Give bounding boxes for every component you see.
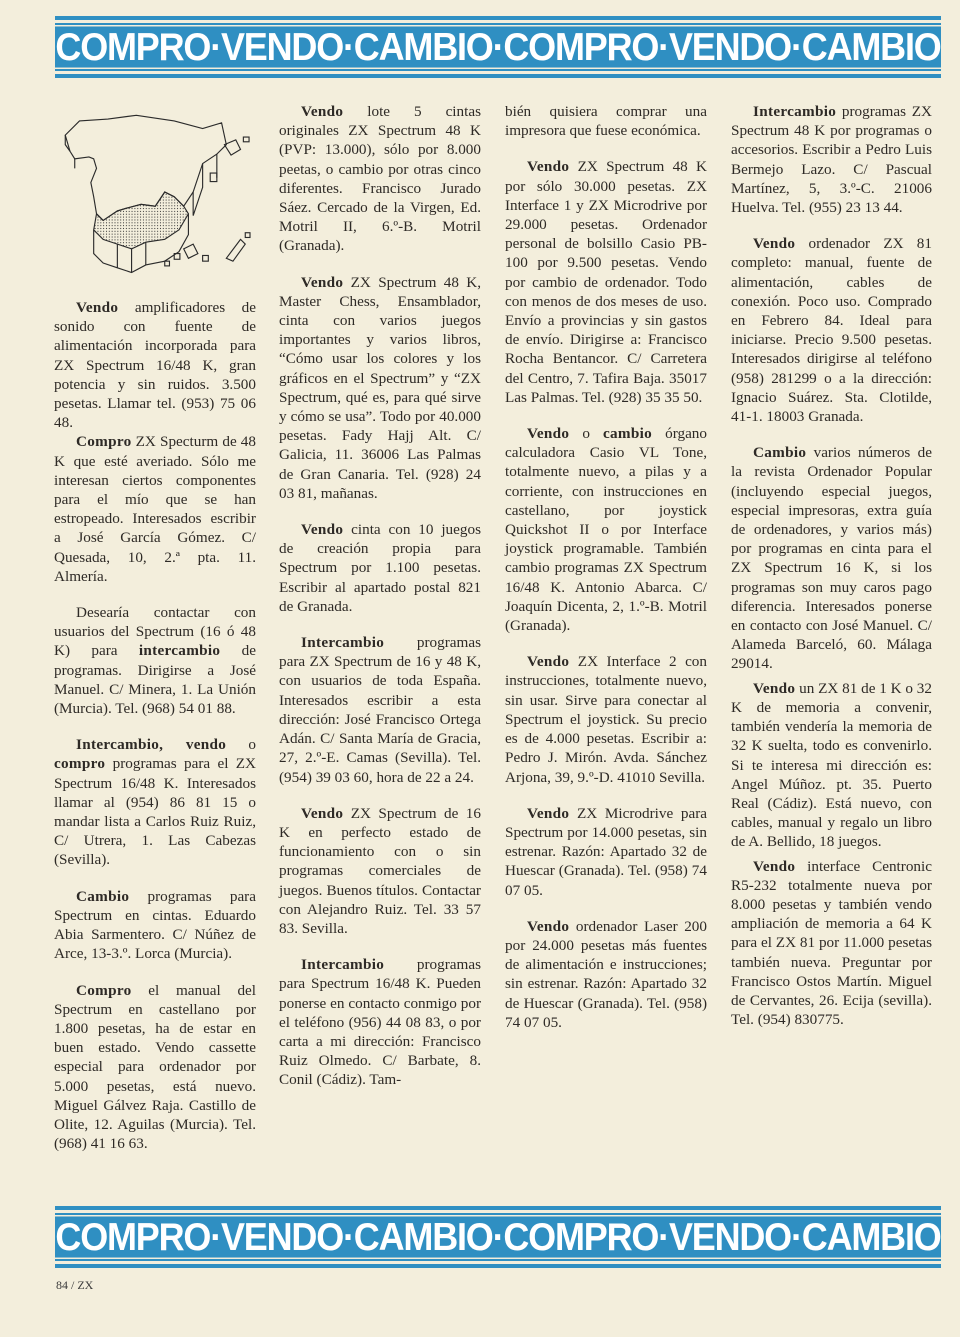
ad-body: órgano calculadora Casio VL Tone, totalm…: [505, 425, 707, 634]
classified-ad: Compro ZX Specturm de 48 K que esté aver…: [54, 432, 256, 586]
ad-keyword: cambio: [603, 425, 652, 442]
ad-keyword: Intercambio, vendo: [76, 736, 226, 753]
ad-keyword: Vendo: [301, 521, 343, 538]
ad-body: ordenador ZX 81 completo: manual, fuente…: [731, 235, 932, 425]
ad-keyword: Vendo: [527, 653, 569, 670]
ad-keyword: Vendo: [301, 805, 343, 822]
ad-keyword: Intercambio: [753, 103, 836, 120]
classified-ad: Cambio varios números de la revista Orde…: [731, 443, 932, 673]
classified-ad: Vendo ZX Spectrum 48 K por sólo 30.000 p…: [505, 157, 707, 407]
classified-ad: Vendo ZX Spectrum de 16 K en perfecto es…: [279, 804, 481, 938]
classified-ad: Intercambio programas para Spectrum 16/4…: [279, 955, 481, 1089]
ad-body: un ZX 81 de 1 K o 32 K de memoria a conv…: [731, 680, 932, 851]
ad-keyword: compro: [54, 755, 105, 772]
ad-body: programas para Spectrum 16/48 K. Pueden …: [279, 956, 481, 1088]
ad-body: amplificadores de sonido con fuente de a…: [54, 299, 256, 431]
spain-map-icon: [50, 102, 270, 282]
classifieds-column-1: Vendo amplificadores de sonido con fuent…: [54, 298, 256, 1170]
ad-body: ZX Spectrum 48 K, Master Chess, Ensambla…: [279, 274, 481, 502]
classifieds-column-4: Intercambio programas ZX Spectrum 48 K p…: [731, 102, 932, 1046]
classified-ad: Vendo ordenador ZX 81 completo: manual, …: [731, 234, 932, 426]
ad-keyword: Vendo: [301, 274, 343, 291]
banner-rule: [55, 1213, 941, 1215]
header-banner: COMPRO·VENDO·CAMBIO·COMPRO·VENDO·CAMBIO: [55, 16, 941, 78]
ad-keyword: Vendo: [753, 858, 795, 875]
classified-ad: Intercambio programas para ZX Spectrum d…: [279, 633, 481, 787]
ad-keyword: Cambio: [753, 444, 806, 461]
classified-ad: Vendo cinta con 10 juegos de creación pr…: [279, 520, 481, 616]
classifieds-column-3: bién quisiera comprar una impresora que …: [505, 102, 707, 1049]
classified-ad: Vendo lote 5 cintas originales ZX Spectr…: [279, 102, 481, 256]
ad-body: ZX Interface 2 con instrucciones, totalm…: [505, 653, 707, 785]
ad-body: varios números de la revista Ordenador P…: [731, 444, 932, 672]
classified-ad: Intercambio programas ZX Spectrum 48 K p…: [731, 102, 932, 217]
ad-keyword: Vendo: [753, 235, 795, 252]
ad-body: ZX Spectrum de 16 K en perfecto estado d…: [279, 805, 481, 937]
banner-title: COMPRO·VENDO·CAMBIO·COMPRO·VENDO·CAMBIO: [55, 26, 941, 67]
ad-keyword: Compro: [76, 433, 132, 450]
banner-rule: [55, 23, 941, 25]
classified-ad: Compro el manual del Spectrum en castell…: [54, 981, 256, 1154]
ad-keyword: Vendo: [753, 680, 795, 697]
classified-ad: Desearía contactar con usuarios del Spec…: [54, 603, 256, 718]
ad-keyword: Vendo: [301, 103, 343, 120]
ad-keyword: Compro: [76, 982, 132, 999]
classifieds-column-2: Vendo lote 5 cintas originales ZX Spectr…: [279, 102, 481, 1107]
ad-keyword: Vendo: [527, 805, 569, 822]
classified-ad: Vendo ZX Interface 2 con instrucciones, …: [505, 652, 707, 786]
ad-keyword: Vendo: [527, 158, 569, 175]
banner-rule: [55, 16, 941, 20]
ad-keyword: Vendo: [527, 425, 569, 442]
classified-ad: Vendo interface Centronic R5-232 totalme…: [731, 857, 932, 1030]
ad-body: ZX Spectrum 48 K por sólo 30.000 pesetas…: [505, 158, 707, 405]
banner-title: COMPRO·VENDO·CAMBIO·COMPRO·VENDO·CAMBIO: [55, 1216, 941, 1257]
classified-ad: Vendo ordenador Laser 200 por 24.000 pes…: [505, 917, 707, 1032]
footer-banner: COMPRO·VENDO·CAMBIO·COMPRO·VENDO·CAMBIO: [55, 1206, 941, 1268]
page-number: 84 / ZX: [56, 1278, 93, 1293]
ad-keyword: intercambio: [139, 642, 220, 659]
classified-ad: Vendo amplificadores de sonido con fuent…: [54, 298, 256, 432]
ad-body: lote 5 cintas originales ZX Spectrum 48 …: [279, 103, 481, 254]
classified-ad: Vendo ZX Spectrum 48 K, Master Chess, En…: [279, 273, 481, 503]
banner-rule: [55, 1264, 941, 1268]
ad-keyword: Cambio: [76, 888, 129, 905]
ad-keyword: Intercambio: [301, 956, 384, 973]
ad-keyword: Vendo: [76, 299, 118, 316]
ad-body: interface Centronic R5-232 totalmente nu…: [731, 858, 932, 1029]
ad-keyword: Vendo: [527, 918, 569, 935]
banner-rule: [55, 74, 941, 78]
classified-ad: Vendo un ZX 81 de 1 K o 32 K de memoria …: [731, 679, 932, 852]
classified-ad: Intercambio, vendo o compro programas pa…: [54, 735, 256, 869]
classified-ad: Vendo o cambio órgano calculadora Casio …: [505, 424, 707, 635]
classified-ad: Vendo ZX Microdrive para Spectrum por 14…: [505, 804, 707, 900]
banner-rule: [55, 69, 941, 71]
classified-ad-continuation: bién quisiera comprar una impresora que …: [505, 102, 707, 140]
ad-body: el manual del Spectrum en castellano por…: [54, 982, 256, 1153]
ad-keyword: Intercambio: [301, 634, 384, 651]
banner-rule: [55, 1259, 941, 1261]
banner-rule: [55, 1206, 941, 1210]
ad-body: programas para ZX Spectrum de 16 y 48 K,…: [279, 634, 481, 785]
classified-ad: Cambio programas para Spectrum en cintas…: [54, 887, 256, 964]
ad-body: ZX Specturm de 48 K que esté averiado. S…: [54, 433, 256, 584]
